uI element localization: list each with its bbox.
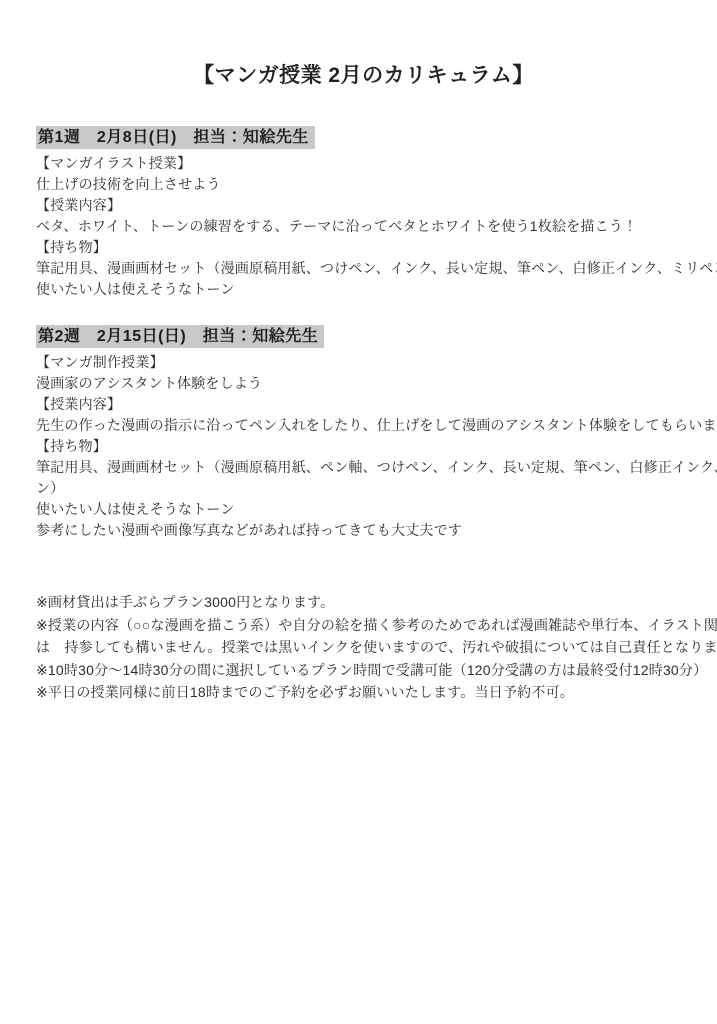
belongings-optional-line: 使いたい人は使えそうなトーン xyxy=(36,499,691,520)
lesson-type-line: 【マンガイラスト授業】 xyxy=(36,153,691,174)
belongings-optional-line: 使いたい人は使えそうなトーン xyxy=(36,279,691,300)
belongings-line: 筆記用具、漫画画材セット（漫画原稿用紙、ペン軸、つけペン、インク、長い定規、筆ペ… xyxy=(36,457,691,478)
belongings-line: 筆記用具、漫画画材セット（漫画原稿用紙、つけペン、インク、長い定規、筆ペン、白修… xyxy=(36,258,691,279)
lesson-type-line: 【マンガ制作授業】 xyxy=(36,352,691,373)
note-materials-line: ※授業の内容（○○な漫画を描こう系）や自分の絵を描く参考のためであれば漫画雑誌や… xyxy=(36,614,691,637)
lesson-content-label: 【授業内容】 xyxy=(36,394,691,415)
lesson-content-line: 先生の作った漫画の指示に沿ってペン入れをしたり、仕上げをして漫画のアシスタント体… xyxy=(36,415,691,436)
document-content: 【マンガ授業 2月のカリキュラム】 第1週 2月8日(日) 担当：知絵先生 【マ… xyxy=(0,0,717,704)
belongings-label: 【持ち物】 xyxy=(36,237,691,258)
note-materials-line-wrap: は 持参しても構いません。授業では黒いインクを使いますので、汚れや破損については… xyxy=(36,636,691,659)
reference-material-line: 参考にしたい漫画や画像写真などがあれば持ってきても大丈夫です xyxy=(36,520,691,541)
week-2-heading: 第2週 2月15日(日) 担当：知絵先生 xyxy=(36,325,324,348)
note-reservation-line: ※平日の授業同様に前日18時までのご予約を必ずお願いいたします。当日予約不可。 xyxy=(36,681,691,704)
week-1-section: 第1週 2月8日(日) 担当：知絵先生 【マンガイラスト授業】 仕上げの技術を向… xyxy=(36,126,691,300)
belongings-line-wrap: ン） xyxy=(36,478,691,499)
note-schedule-line: ※10時30分～14時30分の間に選択しているプラン時間で受講可能（120分受講… xyxy=(36,659,691,682)
week-2-section: 第2週 2月15日(日) 担当：知絵先生 【マンガ制作授業】 漫画家のアシスタン… xyxy=(36,325,691,541)
lesson-content-line: ベタ、ホワイト、トーンの練習をする、テーマに沿ってベタとホワイトを使う1枚絵を描… xyxy=(36,216,691,237)
belongings-label: 【持ち物】 xyxy=(36,436,691,457)
note-rental-line: ※画材貸出は手ぶらプラン3000円となります。 xyxy=(36,591,691,614)
lesson-content-label: 【授業内容】 xyxy=(36,195,691,216)
week-1-heading: 第1週 2月8日(日) 担当：知絵先生 xyxy=(36,126,315,149)
notes-section: ※画材貸出は手ぶらプラン3000円となります。 ※授業の内容（○○な漫画を描こう… xyxy=(36,591,691,704)
lesson-goal-line: 仕上げの技術を向上させよう xyxy=(36,174,691,195)
document-page: 【マンガ授業 2月のカリキュラム】 第1週 2月8日(日) 担当：知絵先生 【マ… xyxy=(0,0,717,1024)
page-title: 【マンガ授業 2月のカリキュラム】 xyxy=(36,0,691,92)
lesson-goal-line: 漫画家のアシスタント体験をしよう xyxy=(36,373,691,394)
week-2-body: 【マンガ制作授業】 漫画家のアシスタント体験をしよう 【授業内容】 先生の作った… xyxy=(36,352,691,541)
week-1-body: 【マンガイラスト授業】 仕上げの技術を向上させよう 【授業内容】 ベタ、ホワイト… xyxy=(36,153,691,300)
